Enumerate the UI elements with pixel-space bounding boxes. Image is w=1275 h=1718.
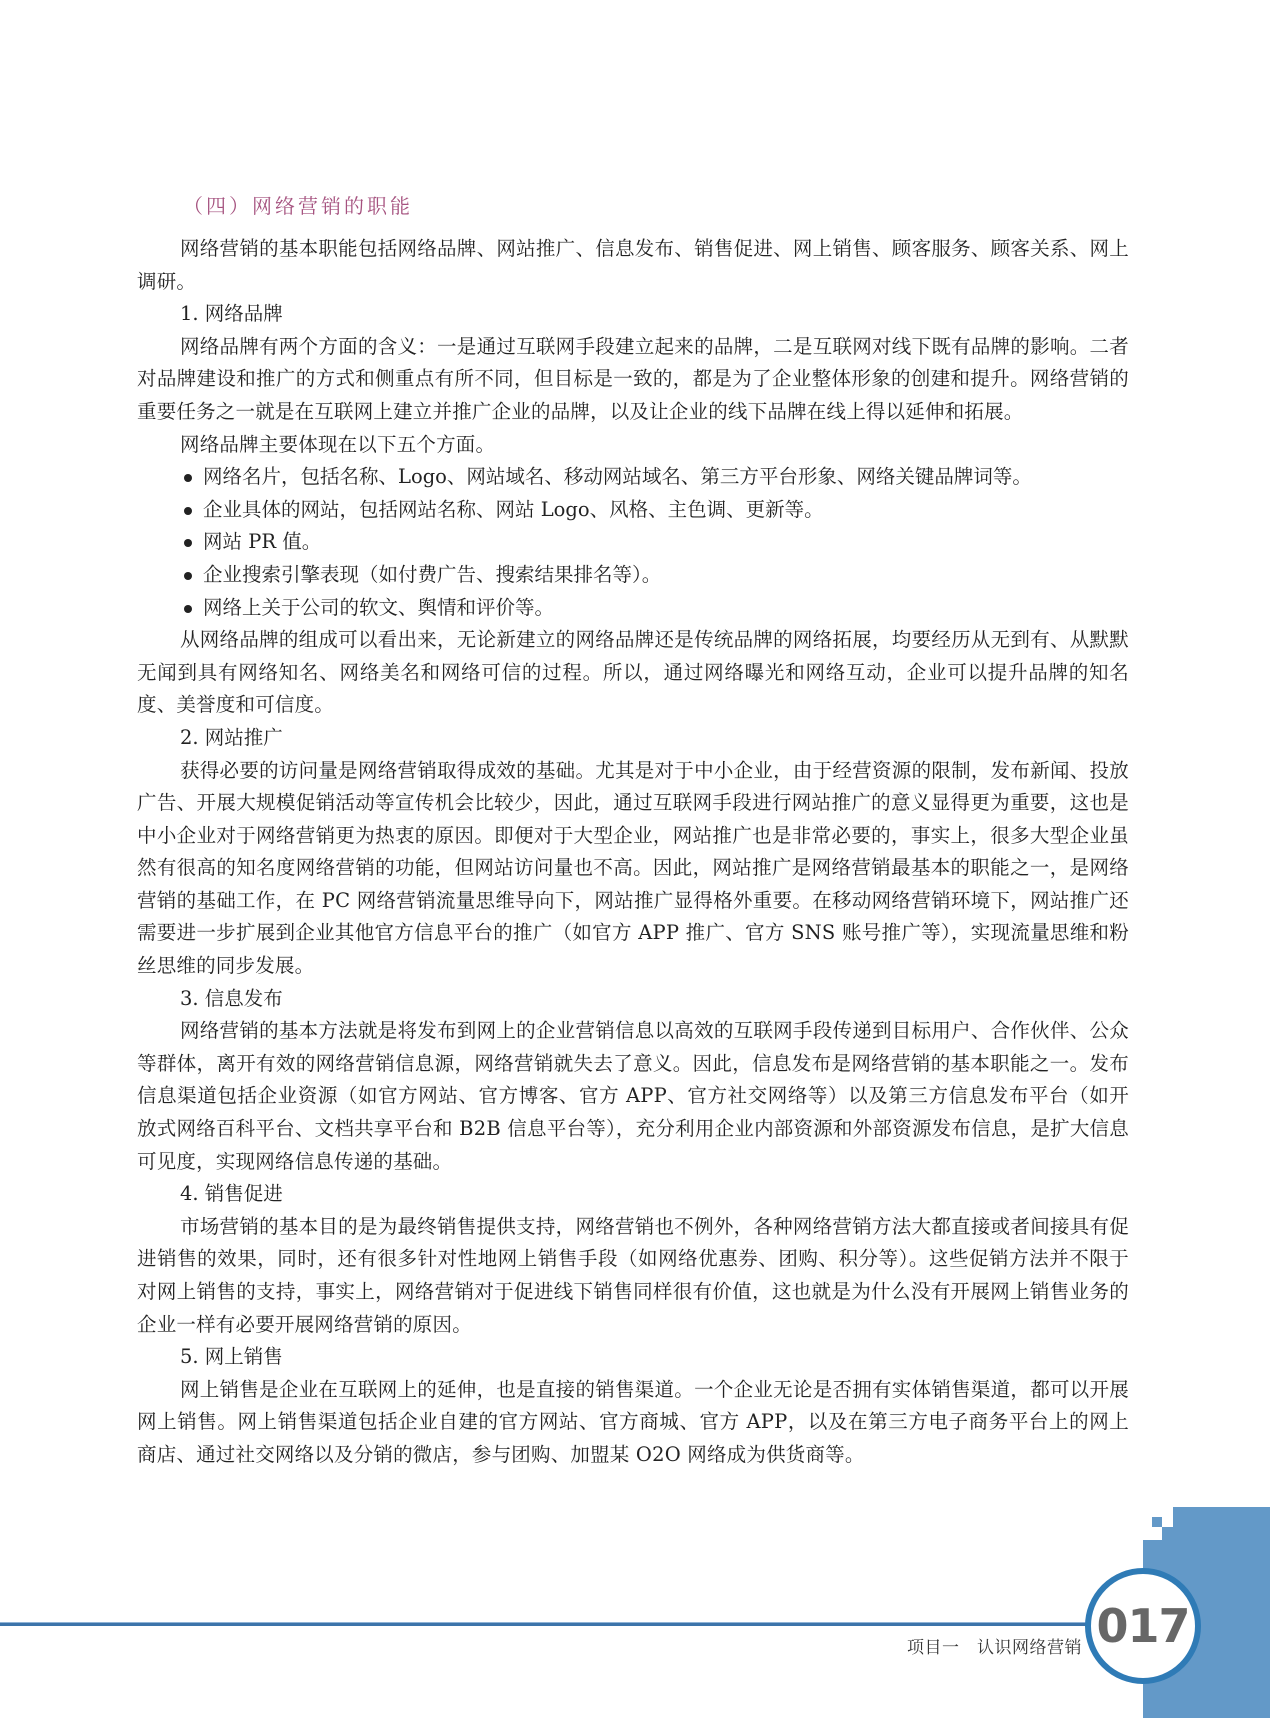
page-number: 017	[1096, 1599, 1189, 1653]
subsection-heading: 4. 销售促进	[137, 1178, 1129, 1211]
subsection-website-promotion: 2. 网站推广 获得必要的访问量是网络营销取得成效的基础。尤其是对于中小企业，由…	[137, 722, 1129, 983]
bullet-icon	[184, 507, 192, 515]
subsection-online-sales: 5. 网上销售 网上销售是企业在互联网上的延伸，也是直接的销售渠道。一个企业无论…	[137, 1341, 1129, 1471]
paragraph: 市场营销的基本目的是为最终销售提供支持，网络营销也不例外，各种网络营销方法大都直…	[137, 1211, 1129, 1341]
paragraph: 网络品牌主要体现在以下五个方面。	[137, 429, 1129, 462]
subsection-info-release: 3. 信息发布 网络营销的基本方法就是将发布到网上的企业营销信息以高效的互联网手…	[137, 983, 1129, 1179]
bullet-icon	[184, 572, 192, 580]
bullet-icon	[184, 539, 192, 547]
page-number-badge: 017	[1085, 1568, 1201, 1684]
list-item: 企业具体的网站，包括网站名称、网站 Logo、风格、主色调、更新等。	[183, 494, 1129, 527]
paragraph: 获得必要的访问量是网络营销取得成效的基础。尤其是对于中小企业，由于经营资源的限制…	[137, 755, 1129, 983]
page-content: （四）网络营销的职能 网络营销的基本职能包括网络品牌、网站推广、信息发布、销售促…	[137, 186, 1129, 1472]
subsection-sales-promotion: 4. 销售促进 市场营销的基本目的是为最终销售提供支持，网络营销也不例外，各种网…	[137, 1178, 1129, 1341]
bullet-icon	[184, 474, 192, 482]
bullet-icon	[184, 605, 192, 613]
paragraph: 网上销售是企业在互联网上的延伸，也是直接的销售渠道。一个企业无论是否拥有实体销售…	[137, 1374, 1129, 1472]
list-item: 企业搜索引擎表现（如付费广告、搜索结果排名等）。	[183, 559, 1129, 592]
list-item: 网络上关于公司的软文、舆情和评价等。	[183, 592, 1129, 625]
subsection-network-brand: 1. 网络品牌 网络品牌有两个方面的含义：一是通过互联网手段建立起来的品牌，二是…	[137, 298, 1129, 722]
subsection-heading: 2. 网站推广	[137, 722, 1129, 755]
corner-decoration	[1162, 1527, 1174, 1541]
list-item-text: 企业搜索引擎表现（如付费广告、搜索结果排名等）。	[203, 563, 661, 586]
corner-decoration-square	[1152, 1517, 1162, 1527]
subsection-heading: 3. 信息发布	[137, 983, 1129, 1016]
corner-decoration	[1173, 1507, 1270, 1541]
section-title: （四）网络营销的职能	[183, 186, 1129, 226]
intro-paragraph: 网络营销的基本职能包括网络品牌、网站推广、信息发布、销售促进、网上销售、顾客服务…	[137, 233, 1129, 298]
footer-divider	[0, 1622, 1100, 1626]
list-item-text: 企业具体的网站，包括网站名称、网站 Logo、风格、主色调、更新等。	[203, 498, 824, 521]
list-item-text: 网站 PR 值。	[203, 530, 321, 553]
list-item-text: 网络上关于公司的软文、舆情和评价等。	[203, 596, 554, 619]
list-item: 网站 PR 值。	[183, 526, 1129, 559]
list-item-text: 网络名片，包括名称、Logo、网站域名、移动网站域名、第三方平台形象、网络关键品…	[203, 465, 1032, 488]
paragraph: 从网络品牌的组成可以看出来，无论新建立的网络品牌还是传统品牌的网络拓展，均要经历…	[137, 624, 1129, 722]
subsection-heading: 5. 网上销售	[137, 1341, 1129, 1374]
chapter-label: 项目一 认识网络营销	[870, 1633, 1082, 1658]
paragraph: 网络营销的基本方法就是将发布到网上的企业营销信息以高效的互联网手段传递到目标用户…	[137, 1015, 1129, 1178]
bullet-list: 网络名片，包括名称、Logo、网站域名、移动网站域名、第三方平台形象、网络关键品…	[137, 461, 1129, 624]
subsection-heading: 1. 网络品牌	[137, 298, 1129, 331]
list-item: 网络名片，包括名称、Logo、网站域名、移动网站域名、第三方平台形象、网络关键品…	[183, 461, 1129, 494]
paragraph: 网络品牌有两个方面的含义：一是通过互联网手段建立起来的品牌，二是互联网对线下既有…	[137, 331, 1129, 429]
